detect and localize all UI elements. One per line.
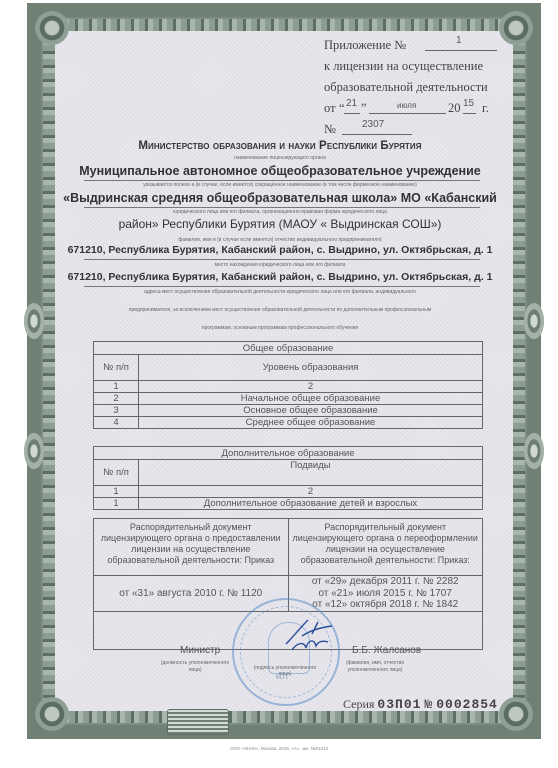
number-label: № [324, 122, 336, 136]
corner-ornament-icon [35, 697, 69, 731]
reissue-order-1: от «29» декабря 2011 г. № 2282 [292, 576, 480, 588]
corner-ornament-icon [499, 697, 533, 731]
name-caption: (фамилия, имя, отчество уполномоченного … [335, 660, 415, 674]
activity-address: 671210, Республика Бурятия, Кабанский ра… [60, 271, 500, 283]
org-caption3: фамилия, имя и (в случае если имеется) о… [60, 237, 500, 243]
org-caption1: указывается полное и (в случае, если име… [60, 182, 500, 188]
stamp-caption: М.П. [276, 675, 289, 681]
knot-ornament-icon [524, 303, 544, 339]
corner-ornament-icon [35, 11, 69, 45]
legal-address: 671210, Республика Бурятия, Кабанский ра… [60, 244, 500, 256]
table-index-row: 1 2 [94, 486, 483, 498]
date-suffix: г. [482, 97, 489, 119]
org-name-line3: район» Республики Бурятия (МАОУ « Выдрин… [60, 217, 500, 231]
date-month: июля [397, 95, 416, 117]
grant-order-header: Распорядительный документ лицензирующего… [94, 519, 289, 576]
legal-address-caption: место нахождения юридического лица или е… [60, 262, 500, 268]
date-day: 21 [346, 93, 357, 115]
additional-education-title: Дополнительное образование [94, 447, 483, 460]
date-prefix: от [324, 101, 336, 115]
serial-number-label: № [424, 697, 433, 712]
signer-name: Б.Б. Жалсанов [352, 645, 421, 656]
table-row: 1 Дополнительное образование детей и взр… [94, 498, 483, 510]
org-name-line1: Муниципальное автономное общеобразовател… [60, 164, 500, 178]
ministry-caption: наименование лицензирующего органа [60, 155, 500, 161]
table-row: 3 Основное общее образование [94, 405, 483, 417]
reissue-order-2: от «21» июля 2015 г. № 1707 [292, 588, 480, 600]
knot-ornament-icon [24, 303, 44, 339]
series-value: 03П01 [377, 697, 421, 712]
series-label: Серия [343, 697, 374, 711]
appendix-number: 1 [456, 30, 462, 52]
year-suffix: 15 [463, 93, 474, 115]
printer-imprint: ООО «ЗНАК», Москва, 2018, «А», зак. №010… [230, 746, 328, 751]
table-row: 4 Среднее общее образование [94, 417, 483, 429]
knot-ornament-icon [524, 433, 544, 469]
table-index-row: 1 2 [94, 381, 483, 393]
form-serial: Серия 03П01 № 0002854 [343, 697, 498, 712]
org-caption2: юридического лица или его филиала, орган… [60, 209, 500, 215]
org-name-line2: «Выдринская средняя общеобразовательная … [60, 191, 500, 205]
position-caption: (должность уполномоченного лица) [160, 660, 230, 674]
activity-address-caption3: программам, основным программам професси… [60, 325, 500, 331]
appendix-header: Приложение № 1 к лицензии на осуществлен… [324, 34, 539, 139]
knot-ornament-icon [24, 433, 44, 469]
additional-education-table: Дополнительное образование № п/п Подвиды… [93, 446, 483, 510]
year-prefix: 20 [448, 97, 461, 119]
serial-number: 0002854 [436, 697, 498, 712]
general-education-title: Общее образование [94, 342, 483, 355]
col-subtype-header: Подвиды [139, 460, 483, 486]
activity-address-caption1: адреса мест осуществления образовательно… [60, 289, 500, 295]
reissue-order-header: Распорядительный документ лицензирующего… [288, 519, 483, 576]
signer-position: Министр [180, 645, 220, 656]
bottom-plate-ornament-icon [167, 709, 229, 735]
appendix-label: Приложение № [324, 38, 406, 52]
appendix-line2: к лицензии на осуществление [324, 55, 539, 76]
ministry-name: Министерство образования и науки Республ… [60, 140, 500, 152]
license-number: 2307 [362, 114, 384, 136]
general-education-table: Общее образование № п/п Уровень образова… [93, 341, 483, 429]
col-number-header: № п/п [94, 460, 139, 486]
col-level-header: Уровень образования [139, 355, 483, 381]
signature-icon [282, 614, 342, 654]
table-row: 2 Начальное общее образование [94, 393, 483, 405]
activity-address-caption2: предпринимателя, за исключением мест осу… [60, 307, 500, 313]
col-number-header: № п/п [94, 355, 139, 381]
